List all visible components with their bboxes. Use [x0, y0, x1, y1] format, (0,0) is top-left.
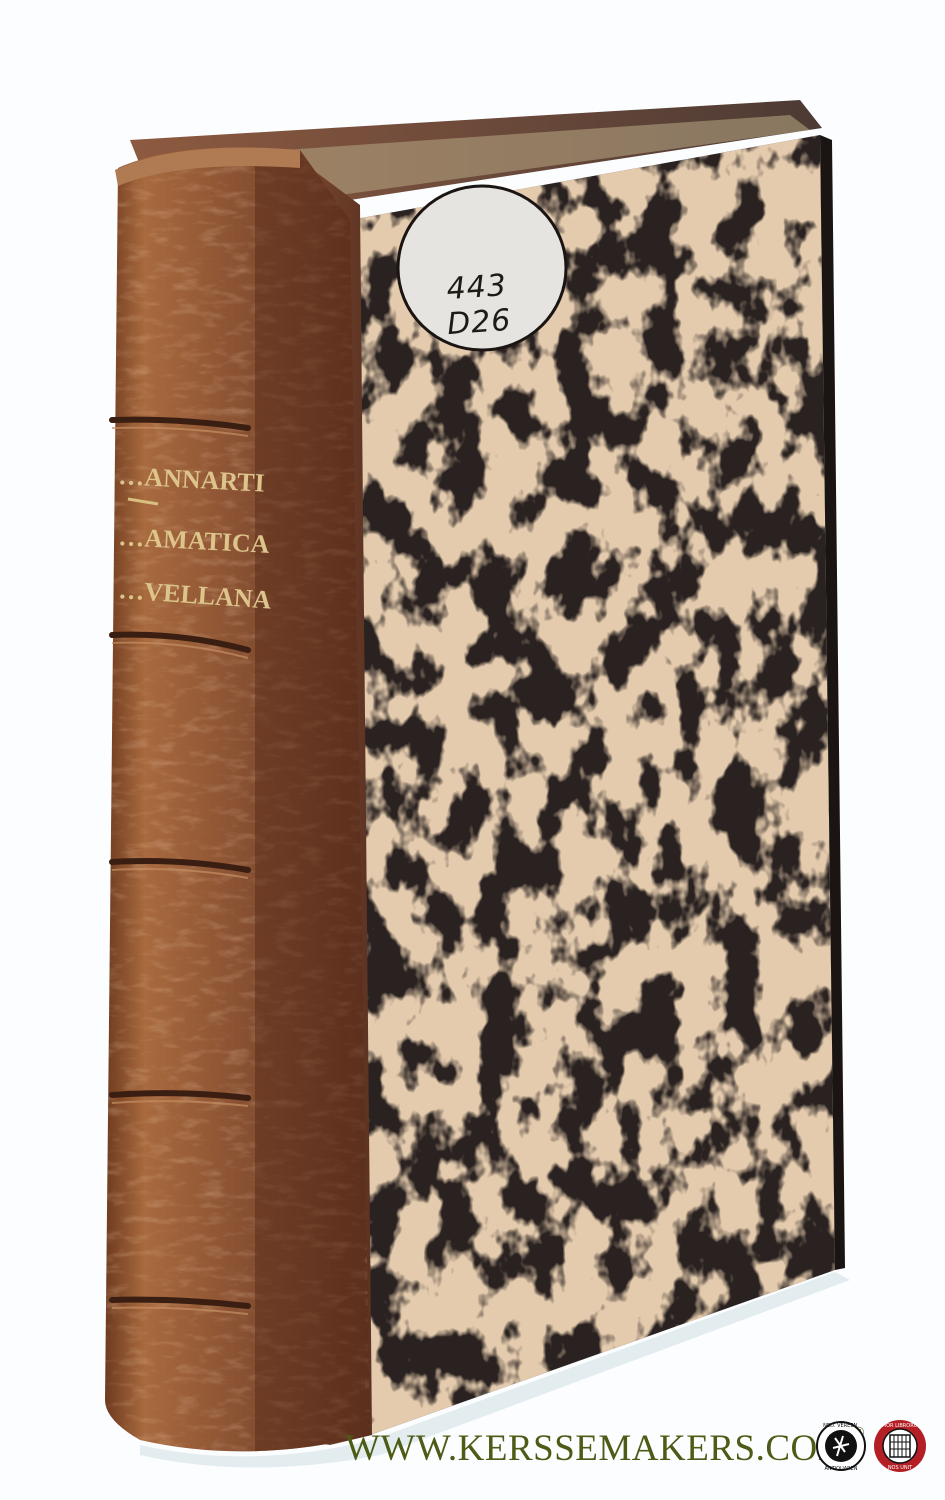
book-illustration	[0, 0, 945, 1500]
amor-librorum-logo-icon: AMOR LIBRORUM NOS UNIT	[872, 1418, 928, 1474]
svg-text:AMOR LIBRORUM: AMOR LIBRORUM	[878, 1423, 921, 1429]
library-label-text: 443 D26	[416, 266, 541, 344]
watermark-url[interactable]: WWW.KERSSEMAKERS.COM©	[345, 1427, 865, 1470]
nva-logo-icon: NED. VEREEN. ANTIQUAREN	[815, 1418, 867, 1474]
product-photo: …ANNARTI …AMATICA …VELLANA 443 D26 WWW.K…	[0, 0, 945, 1500]
svg-text:ANTIQUAREN: ANTIQUAREN	[824, 1466, 857, 1472]
svg-text:NED. VEREEN.: NED. VEREEN.	[823, 1423, 859, 1429]
svg-text:NOS UNIT: NOS UNIT	[888, 1465, 913, 1471]
